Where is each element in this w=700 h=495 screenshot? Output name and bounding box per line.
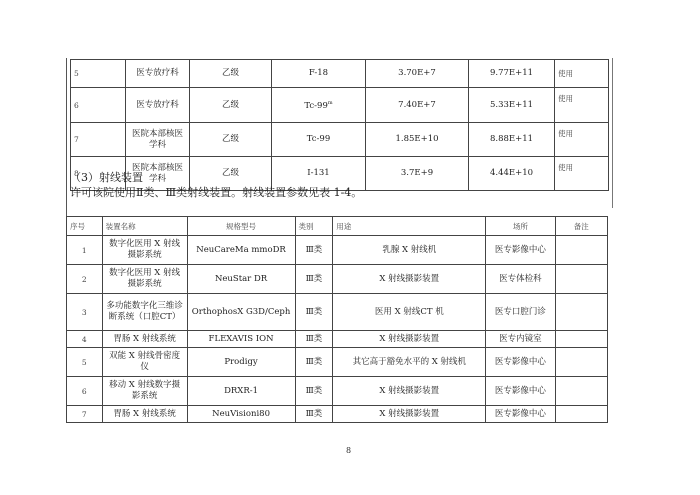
location-cell: 医专影像中心 bbox=[486, 348, 555, 377]
usage-cell: 乳腺 X 射线机 bbox=[333, 236, 486, 265]
nuclide-cell: Tc-99m bbox=[272, 88, 366, 123]
device-name-cell: 胃肠 X 射线系统 bbox=[102, 406, 187, 423]
model-cell: Prodigy bbox=[187, 348, 295, 377]
model-cell: DRXR-1 bbox=[187, 377, 295, 406]
location-cell: 医专口腔门诊 bbox=[486, 294, 555, 331]
device-name-cell: 双能 X 射线骨密度仪 bbox=[102, 348, 187, 377]
table-row: 5 医专放疗科 乙级 F-18 3.70E+7 9.77E+11 使用 bbox=[71, 60, 609, 88]
device-name-cell: 数字化医用 X 射线摄影系统 bbox=[102, 236, 187, 265]
remark-cell bbox=[555, 348, 607, 377]
remark-cell bbox=[555, 331, 607, 348]
category-cell: Ⅲ类 bbox=[295, 236, 333, 265]
usage-cell: X 射线摄影装置 bbox=[333, 406, 486, 423]
location-cell: 医专影像中心 bbox=[486, 406, 555, 423]
table-row: 6 医专放疗科 乙级 Tc-99m 7.40E+7 5.33E+11 使用 bbox=[71, 88, 609, 123]
daily-activity-cell: 7.40E+7 bbox=[366, 88, 469, 123]
remark-cell bbox=[555, 236, 607, 265]
table-row: 7 医院本部核医学科 乙级 Tc-99 1.85E+10 8.88E+11 使用 bbox=[71, 123, 609, 157]
daily-activity-cell: 3.7E+9 bbox=[366, 157, 469, 191]
row-number: 4 bbox=[67, 331, 103, 348]
category-cell: Ⅲ类 bbox=[295, 348, 333, 377]
annual-activity-cell: 8.88E+11 bbox=[469, 123, 555, 157]
nuclide-metastable-marker: m bbox=[328, 100, 333, 106]
status-cell: 使用 bbox=[555, 88, 609, 123]
status-cell: 使用 bbox=[555, 157, 609, 191]
remark-cell bbox=[555, 265, 607, 294]
annual-activity-cell: 5.33E+11 bbox=[469, 88, 555, 123]
header-location: 场所 bbox=[486, 217, 555, 236]
section-description: 许可该院使用Ⅱ类、Ⅲ类射线装置。射线装置参数见表 1-4。 bbox=[70, 184, 362, 200]
usage-cell: X 射线摄影装置 bbox=[333, 331, 486, 348]
category-cell: Ⅲ类 bbox=[295, 377, 333, 406]
usage-cell: 其它高于豁免水平的 X 射线机 bbox=[333, 348, 486, 377]
location-cell: 医专内镜室 bbox=[486, 331, 555, 348]
status-cell: 使用 bbox=[555, 123, 609, 157]
row-number: 7 bbox=[67, 406, 103, 423]
nuclide-cell: F-18 bbox=[272, 60, 366, 88]
location-cell: 医专影像中心 bbox=[486, 236, 555, 265]
section-heading: （3）射线装置 bbox=[70, 169, 143, 185]
annual-activity-cell: 4.44E+10 bbox=[469, 157, 555, 191]
model-cell: OrthophosX G3D/Ceph bbox=[187, 294, 295, 331]
status-cell: 使用 bbox=[555, 60, 609, 88]
table-row: 4 胃肠 X 射线系统 FLEXAVIS ION Ⅲ类 X 射线摄影装置 医专内… bbox=[67, 331, 608, 348]
table-row: 7 胃肠 X 射线系统 NeuVisioni80 Ⅲ类 X 射线摄影装置 医专影… bbox=[67, 406, 608, 423]
header-category: 类别 bbox=[295, 217, 333, 236]
device-name-cell: 移动 X 射线数字摄影系统 bbox=[102, 377, 187, 406]
grade-cell: 乙级 bbox=[190, 60, 272, 88]
row-number: 6 bbox=[67, 377, 103, 406]
page-frame-right-border bbox=[612, 58, 613, 208]
daily-activity-cell: 1.85E+10 bbox=[366, 123, 469, 157]
page-number: 8 bbox=[346, 446, 351, 455]
device-name-cell: 多功能数字化三维诊断系统（口腔CT） bbox=[102, 294, 187, 331]
category-cell: Ⅲ类 bbox=[295, 406, 333, 423]
header-name: 装置名称 bbox=[102, 217, 187, 236]
category-cell: Ⅲ类 bbox=[295, 294, 333, 331]
device-name-cell: 数字化医用 X 射线摄影系统 bbox=[102, 265, 187, 294]
table-header-row: 序号 装置名称 规格型号 类别 用途 场所 备注 bbox=[67, 217, 608, 236]
department-cell: 医专放疗科 bbox=[126, 88, 190, 123]
model-cell: NeuStar DR bbox=[187, 265, 295, 294]
usage-cell: X 射线摄影装置 bbox=[333, 265, 486, 294]
daily-activity-cell: 3.70E+7 bbox=[366, 60, 469, 88]
header-remark: 备注 bbox=[555, 217, 607, 236]
header-no: 序号 bbox=[67, 217, 103, 236]
department-cell: 医专放疗科 bbox=[126, 60, 190, 88]
model-cell: NeuVisioni80 bbox=[187, 406, 295, 423]
row-number: 5 bbox=[67, 348, 103, 377]
table-row: 1 数字化医用 X 射线摄影系统 NeuCareMa mmoDR Ⅲ类 乳腺 X… bbox=[67, 236, 608, 265]
row-number: 5 bbox=[71, 60, 126, 88]
remark-cell bbox=[555, 377, 607, 406]
location-cell: 医专影像中心 bbox=[486, 377, 555, 406]
row-number: 2 bbox=[67, 265, 103, 294]
model-cell: FLEXAVIS ION bbox=[187, 331, 295, 348]
annual-activity-cell: 9.77E+11 bbox=[469, 60, 555, 88]
category-cell: Ⅲ类 bbox=[295, 331, 333, 348]
nuclide-cell: Tc-99 bbox=[272, 123, 366, 157]
remark-cell bbox=[555, 406, 607, 423]
usage-cell: 医用 X 射线CT 机 bbox=[333, 294, 486, 331]
device-name-cell: 胃肠 X 射线系统 bbox=[102, 331, 187, 348]
header-model: 规格型号 bbox=[187, 217, 295, 236]
row-number: 6 bbox=[71, 88, 126, 123]
row-number: 7 bbox=[71, 123, 126, 157]
row-number: 1 bbox=[67, 236, 103, 265]
grade-cell: 乙级 bbox=[190, 123, 272, 157]
table-row: 3 多功能数字化三维诊断系统（口腔CT） OrthophosX G3D/Ceph… bbox=[67, 294, 608, 331]
department-cell: 医院本部核医学科 bbox=[126, 123, 190, 157]
table-row: 6 移动 X 射线数字摄影系统 DRXR-1 Ⅲ类 X 射线摄影装置 医专影像中… bbox=[67, 377, 608, 406]
radiation-device-table: 序号 装置名称 规格型号 类别 用途 场所 备注 1 数字化医用 X 射线摄影系… bbox=[66, 216, 608, 423]
row-number: 3 bbox=[67, 294, 103, 331]
model-cell: NeuCareMa mmoDR bbox=[187, 236, 295, 265]
nuclide-name: Tc-99 bbox=[304, 101, 327, 111]
nuclide-table: 5 医专放疗科 乙级 F-18 3.70E+7 9.77E+11 使用 6 医专… bbox=[70, 59, 609, 191]
category-cell: Ⅲ类 bbox=[295, 265, 333, 294]
header-usage: 用途 bbox=[333, 217, 486, 236]
usage-cell: X 射线摄影装置 bbox=[333, 377, 486, 406]
location-cell: 医专体检科 bbox=[486, 265, 555, 294]
table-row: 5 双能 X 射线骨密度仪 Prodigy Ⅲ类 其它高于豁免水平的 X 射线机… bbox=[67, 348, 608, 377]
grade-cell: 乙级 bbox=[190, 88, 272, 123]
table-row: 2 数字化医用 X 射线摄影系统 NeuStar DR Ⅲ类 X 射线摄影装置 … bbox=[67, 265, 608, 294]
remark-cell bbox=[555, 294, 607, 331]
